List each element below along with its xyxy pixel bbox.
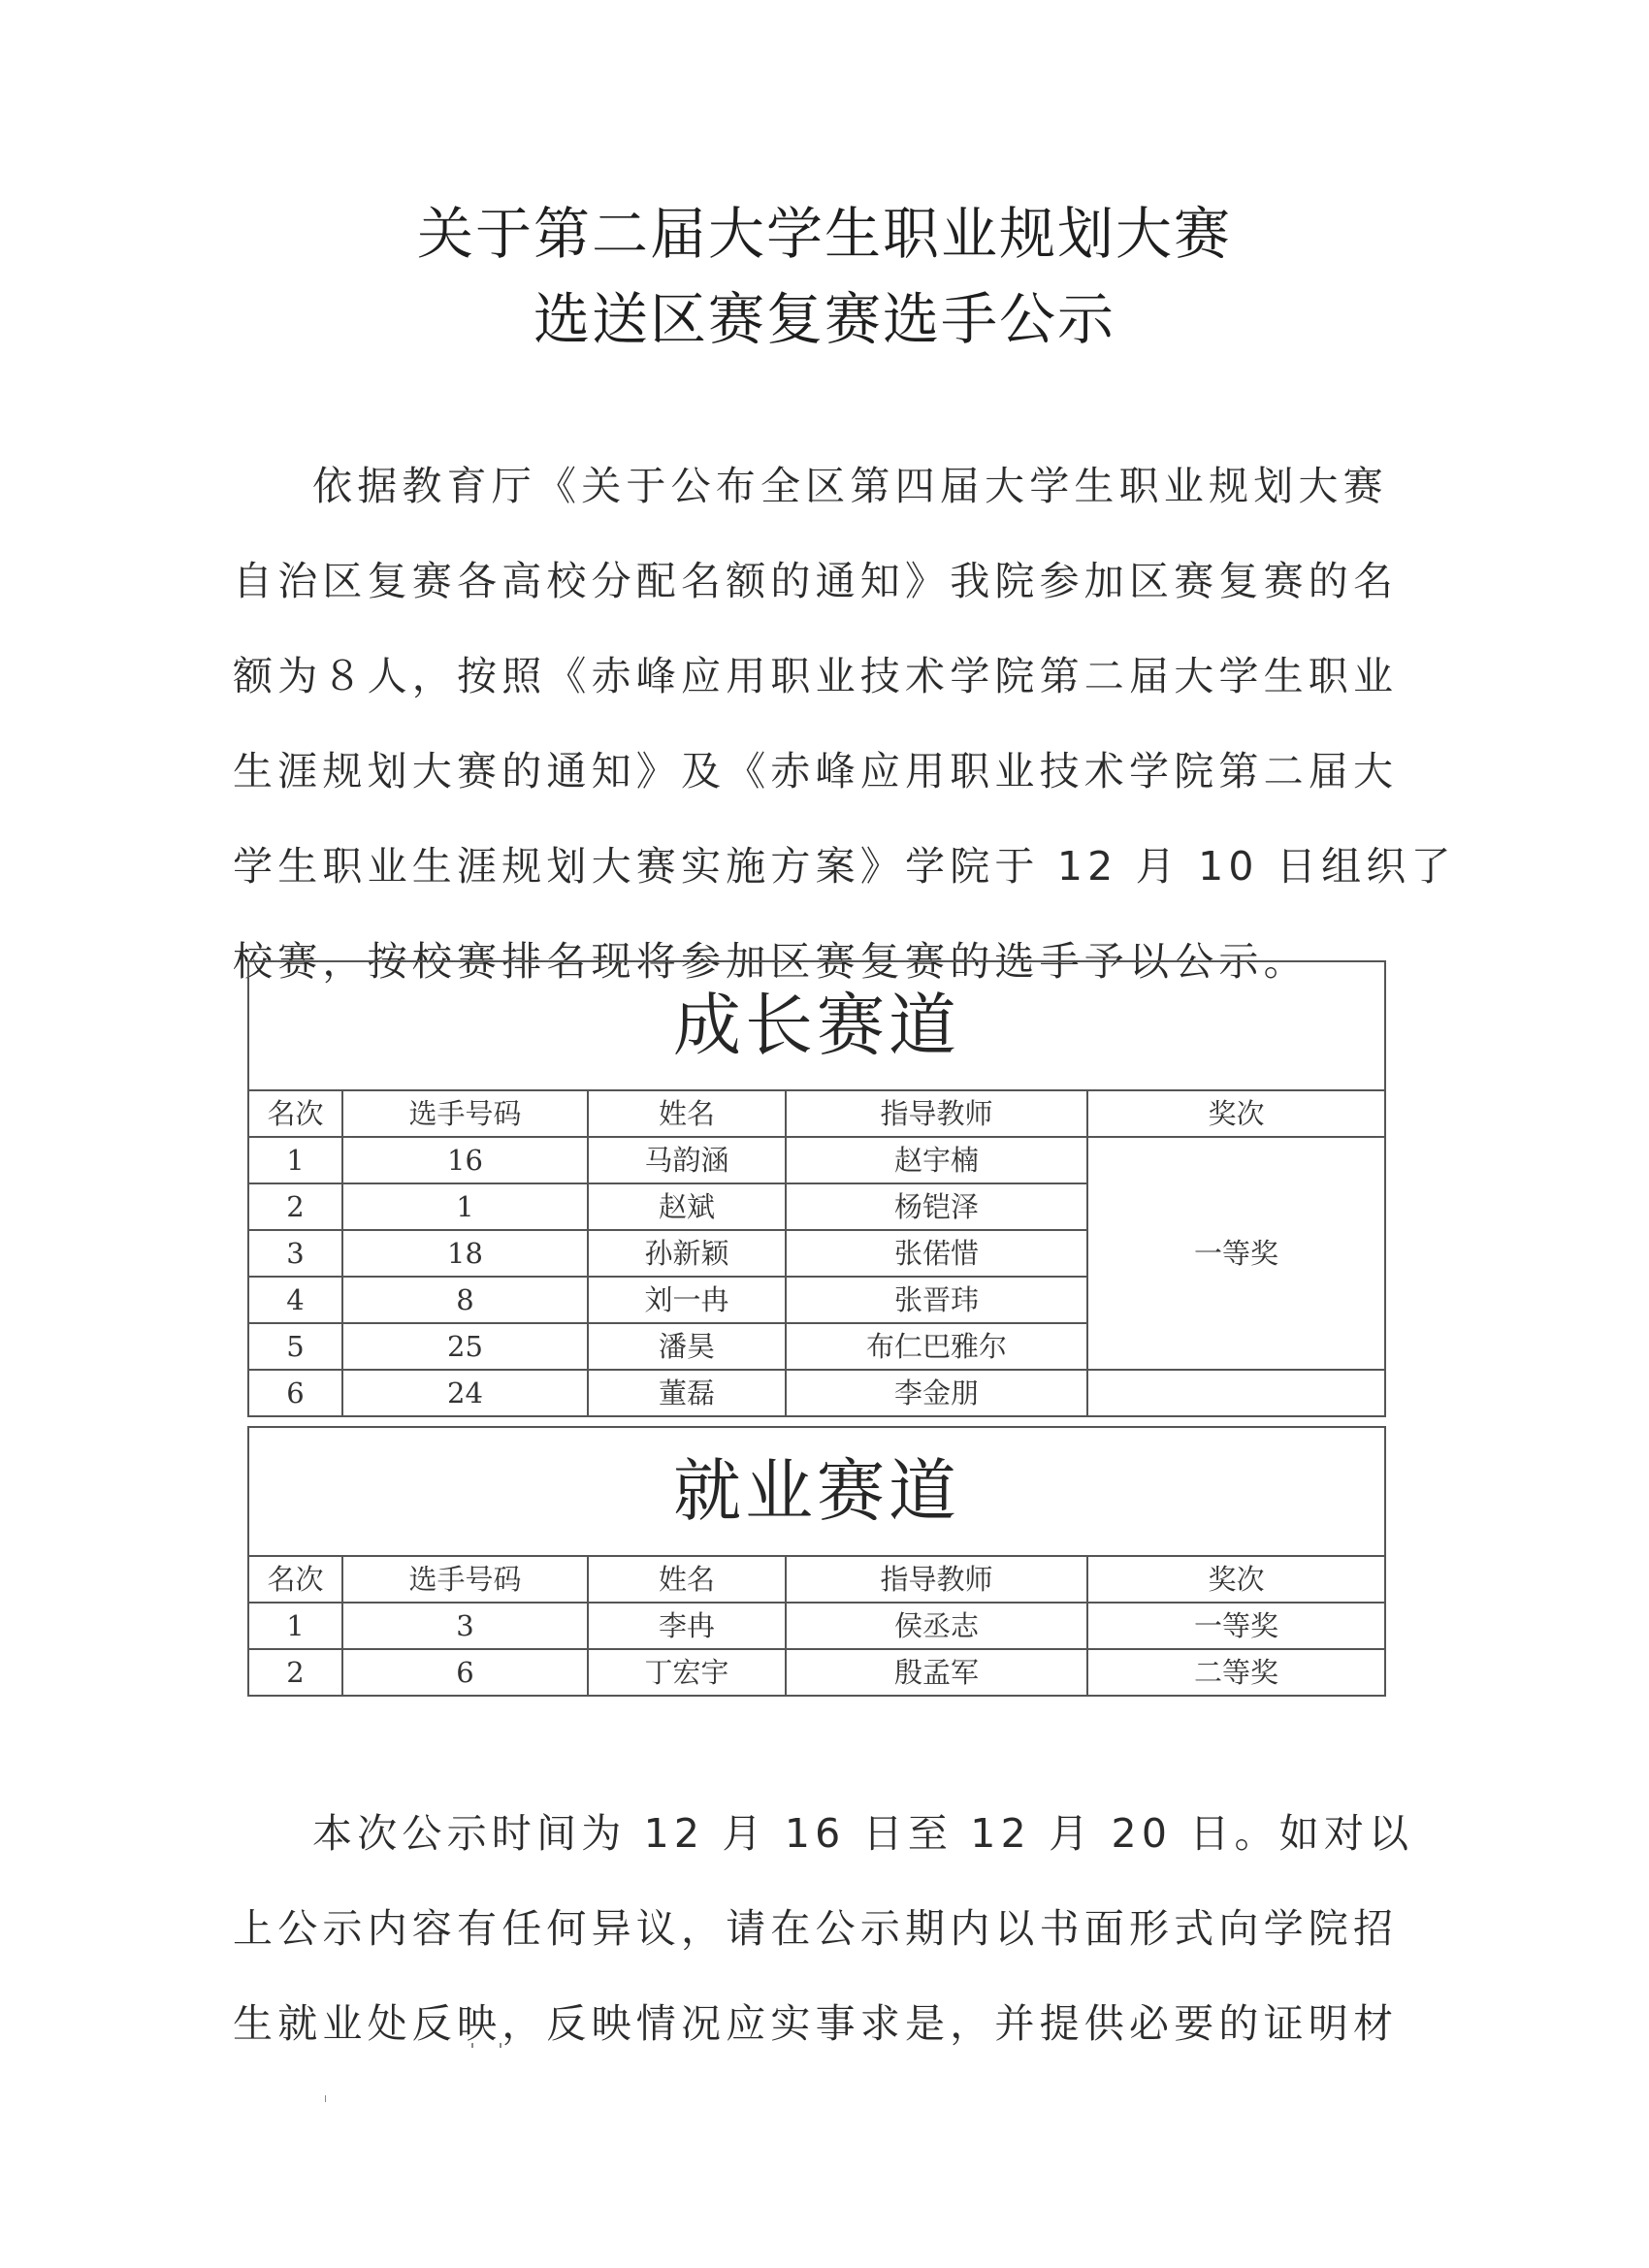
cell-teacher: 侯丞志 bbox=[786, 1603, 1087, 1649]
cell-rank: 4 bbox=[248, 1277, 342, 1323]
scan-artifact bbox=[325, 2095, 326, 2102]
header-name: 姓名 bbox=[588, 1556, 786, 1603]
cell-award-empty bbox=[1087, 1370, 1385, 1416]
cell-name: 潘昊 bbox=[588, 1323, 786, 1370]
header-award: 奖次 bbox=[1087, 1556, 1385, 1603]
growth-track-title-row: 成长赛道 bbox=[248, 961, 1385, 1090]
cell-number: 18 bbox=[342, 1230, 588, 1277]
cell-name: 李冉 bbox=[588, 1603, 786, 1649]
table-row: 1 3 李冉 侯丞志 一等奖 bbox=[248, 1603, 1385, 1649]
intro-paragraph: 依据教育厅《关于公布全区第四届大学生职业规划大赛 自治区复赛各高校分配名额的通知… bbox=[233, 438, 1366, 1009]
cell-number: 25 bbox=[342, 1323, 588, 1370]
employment-track-title: 就业赛道 bbox=[248, 1427, 1385, 1556]
header-number: 选手号码 bbox=[342, 1090, 588, 1137]
cell-teacher: 布仁巴雅尔 bbox=[786, 1323, 1087, 1370]
intro-line-5: 学生职业生涯规划大赛实施方案》学院于 12 月 10 日组织了 bbox=[233, 819, 1366, 914]
header-teacher: 指导教师 bbox=[786, 1090, 1087, 1137]
table-row: 2 6 丁宏宇 殷孟军 二等奖 bbox=[248, 1649, 1385, 1696]
cell-number: 16 bbox=[342, 1137, 588, 1183]
growth-track-title: 成长赛道 bbox=[248, 961, 1385, 1090]
cell-rank: 3 bbox=[248, 1230, 342, 1277]
scan-artifact bbox=[471, 2043, 473, 2048]
scan-artifact bbox=[500, 2043, 501, 2048]
employment-track-table: 就业赛道 名次 选手号码 姓名 指导教师 奖次 1 3 李冉 侯丞志 一等奖 2… bbox=[247, 1426, 1386, 1697]
closing-line-3: 生就业处反映，反映情况应实事求是，并提供必要的证明材 bbox=[233, 1976, 1366, 2071]
cell-name: 刘一冉 bbox=[588, 1277, 786, 1323]
cell-name: 孙新颖 bbox=[588, 1230, 786, 1277]
closing-paragraph: 本次公示时间为 12 月 16 日至 12 月 20 日。如对以 上公示内容有任… bbox=[233, 1786, 1366, 2071]
table-row: 1 16 马韵涵 赵宇楠 一等奖 bbox=[248, 1137, 1385, 1183]
cell-number: 1 bbox=[342, 1183, 588, 1230]
cell-name: 董磊 bbox=[588, 1370, 786, 1416]
cell-teacher: 张晋玮 bbox=[786, 1277, 1087, 1323]
closing-line-1: 本次公示时间为 12 月 16 日至 12 月 20 日。如对以 bbox=[233, 1786, 1366, 1881]
header-name: 姓名 bbox=[588, 1090, 786, 1137]
cell-number: 6 bbox=[342, 1649, 588, 1696]
cell-rank: 2 bbox=[248, 1183, 342, 1230]
growth-track-table: 成长赛道 名次 选手号码 姓名 指导教师 奖次 1 16 马韵涵 赵宇楠 一等奖… bbox=[247, 960, 1386, 1417]
header-teacher: 指导教师 bbox=[786, 1556, 1087, 1603]
cell-rank: 2 bbox=[248, 1649, 342, 1696]
cell-teacher: 赵宇楠 bbox=[786, 1137, 1087, 1183]
cell-rank: 1 bbox=[248, 1137, 342, 1183]
cell-rank: 6 bbox=[248, 1370, 342, 1416]
cell-teacher: 张偌惜 bbox=[786, 1230, 1087, 1277]
cell-rank: 5 bbox=[248, 1323, 342, 1370]
cell-name: 丁宏宇 bbox=[588, 1649, 786, 1696]
header-rank: 名次 bbox=[248, 1090, 342, 1137]
cell-teacher: 杨铠泽 bbox=[786, 1183, 1087, 1230]
table-header-row: 名次 选手号码 姓名 指导教师 奖次 bbox=[248, 1090, 1385, 1137]
table-row: 6 24 董磊 李金朋 bbox=[248, 1370, 1385, 1416]
employment-track-title-row: 就业赛道 bbox=[248, 1427, 1385, 1556]
cell-number: 8 bbox=[342, 1277, 588, 1323]
document-title-line-2: 选送区赛复赛选手公示 bbox=[0, 291, 1649, 347]
cell-name: 马韵涵 bbox=[588, 1137, 786, 1183]
cell-award: 二等奖 bbox=[1087, 1649, 1385, 1696]
header-award: 奖次 bbox=[1087, 1090, 1385, 1137]
intro-line-4: 生涯规划大赛的通知》及《赤峰应用职业技术学院第二届大 bbox=[233, 724, 1366, 819]
header-rank: 名次 bbox=[248, 1556, 342, 1603]
cell-name: 赵斌 bbox=[588, 1183, 786, 1230]
cell-award-merged: 一等奖 bbox=[1087, 1137, 1385, 1370]
cell-award: 一等奖 bbox=[1087, 1603, 1385, 1649]
cell-teacher: 殷孟军 bbox=[786, 1649, 1087, 1696]
cell-number: 24 bbox=[342, 1370, 588, 1416]
cell-number: 3 bbox=[342, 1603, 588, 1649]
intro-line-1: 依据教育厅《关于公布全区第四届大学生职业规划大赛 bbox=[233, 438, 1366, 534]
table-header-row: 名次 选手号码 姓名 指导教师 奖次 bbox=[248, 1556, 1385, 1603]
cell-teacher: 李金朋 bbox=[786, 1370, 1087, 1416]
document-title-line-1: 关于第二届大学生职业规划大赛 bbox=[0, 206, 1649, 262]
cell-rank: 1 bbox=[248, 1603, 342, 1649]
intro-line-3: 额为８人，按照《赤峰应用职业技术学院第二届大学生职业 bbox=[233, 629, 1366, 724]
header-number: 选手号码 bbox=[342, 1556, 588, 1603]
intro-line-2: 自治区复赛各高校分配名额的通知》我院参加区赛复赛的名 bbox=[233, 534, 1366, 629]
closing-line-2: 上公示内容有任何异议，请在公示期内以书面形式向学院招 bbox=[233, 1881, 1366, 1976]
